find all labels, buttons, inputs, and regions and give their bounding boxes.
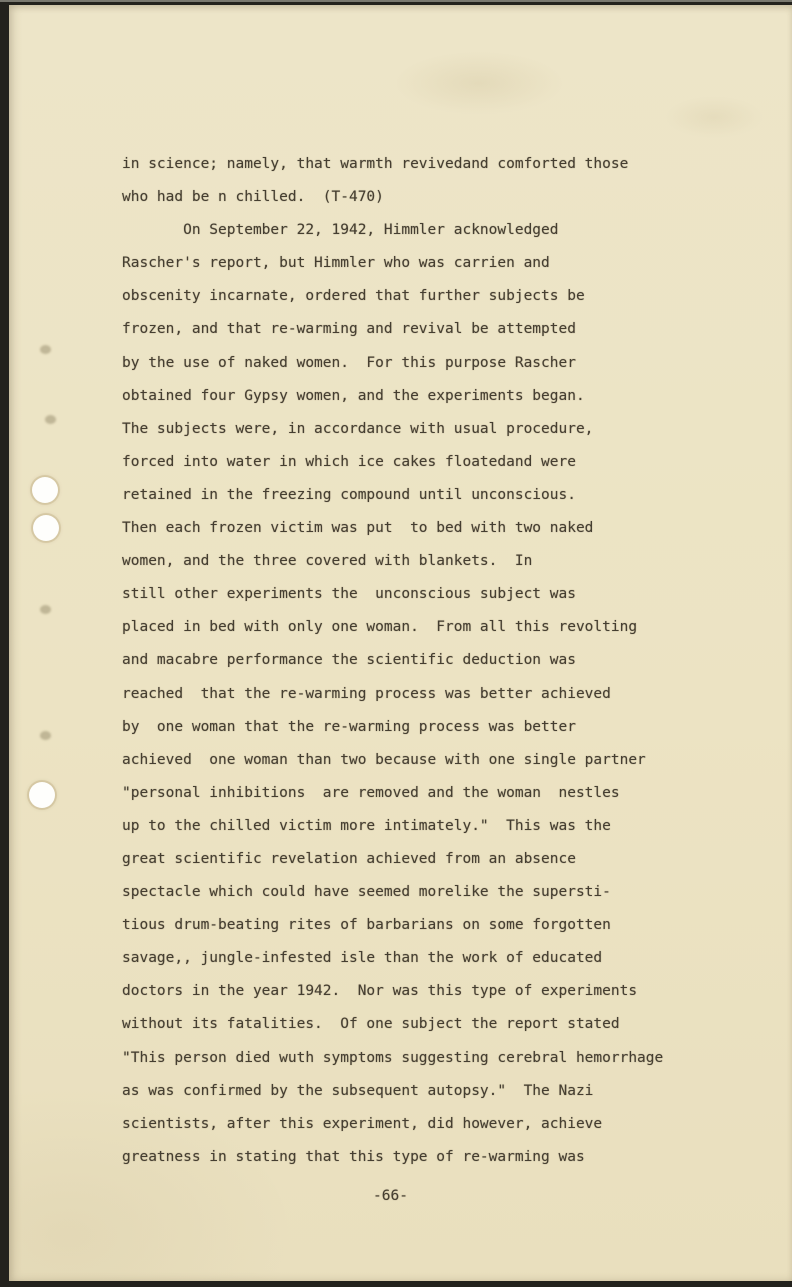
text-line: still other experiments the unconscious … xyxy=(122,578,663,611)
scan-smudge xyxy=(45,415,56,424)
text-line: by one woman that the re-warming process… xyxy=(122,711,663,744)
text-line: tious drum-beating rites of barbarians o… xyxy=(122,909,663,942)
text-line: spectacle which could have seemed moreli… xyxy=(122,876,663,909)
text-line: greatness in stating that this type of r… xyxy=(122,1141,663,1174)
scanned-page-background: in science; namely, that warmth reviveda… xyxy=(0,0,792,1287)
punch-hole xyxy=(32,477,58,503)
text-line: scientists, after this experiment, did h… xyxy=(122,1108,663,1141)
text-line: who had be n chilled. (T-470) xyxy=(122,181,663,214)
text-line: placed in bed with only one woman. From … xyxy=(122,611,663,644)
text-line: and macabre performance the scientific d… xyxy=(122,644,663,677)
text-line: great scientific revelation achieved fro… xyxy=(122,843,663,876)
text-line: doctors in the year 1942. Nor was this t… xyxy=(122,975,663,1008)
text-line: savage,, jungle-infested isle than the w… xyxy=(122,942,663,975)
text-line: as was confirmed by the subsequent autop… xyxy=(122,1075,663,1108)
text-line: women, and the three covered with blanke… xyxy=(122,545,663,578)
text-line: reached that the re-warming process was … xyxy=(122,678,663,711)
punch-hole xyxy=(29,782,55,808)
text-line: Rascher's report, but Himmler who was ca… xyxy=(122,247,663,280)
text-line: "This person died wuth symptoms suggesti… xyxy=(122,1042,663,1075)
text-line: "personal inhibitions are removed and th… xyxy=(122,777,663,810)
document-page: in science; namely, that warmth reviveda… xyxy=(9,5,792,1281)
punch-hole xyxy=(33,515,59,541)
scanner-edge xyxy=(0,0,792,2)
scan-smudge xyxy=(40,731,51,740)
text-line: Then each frozen victim was put to bed w… xyxy=(122,512,663,545)
text-line: achieved one woman than two because with… xyxy=(122,744,663,777)
text-line: in science; namely, that warmth reviveda… xyxy=(122,148,663,181)
scan-smudge xyxy=(40,605,51,614)
text-line: frozen, and that re-warming and revival … xyxy=(122,313,663,346)
text-line: obtained four Gypsy women, and the exper… xyxy=(122,380,663,413)
text-line: On September 22, 1942, Himmler acknowled… xyxy=(122,214,663,247)
text-line: The subjects were, in accordance with us… xyxy=(122,413,663,446)
text-line: forced into water in which ice cakes flo… xyxy=(122,446,663,479)
page-number: -66- xyxy=(373,1188,408,1204)
text-line: without its fatalities. Of one subject t… xyxy=(122,1008,663,1041)
text-line: obscenity incarnate, ordered that furthe… xyxy=(122,280,663,313)
scan-smudge xyxy=(40,345,51,354)
text-line: retained in the freezing compound until … xyxy=(122,479,663,512)
text-line: by the use of naked women. For this purp… xyxy=(122,347,663,380)
typewritten-text: in science; namely, that warmth reviveda… xyxy=(122,148,663,1174)
text-line: up to the chilled victim more intimately… xyxy=(122,810,663,843)
